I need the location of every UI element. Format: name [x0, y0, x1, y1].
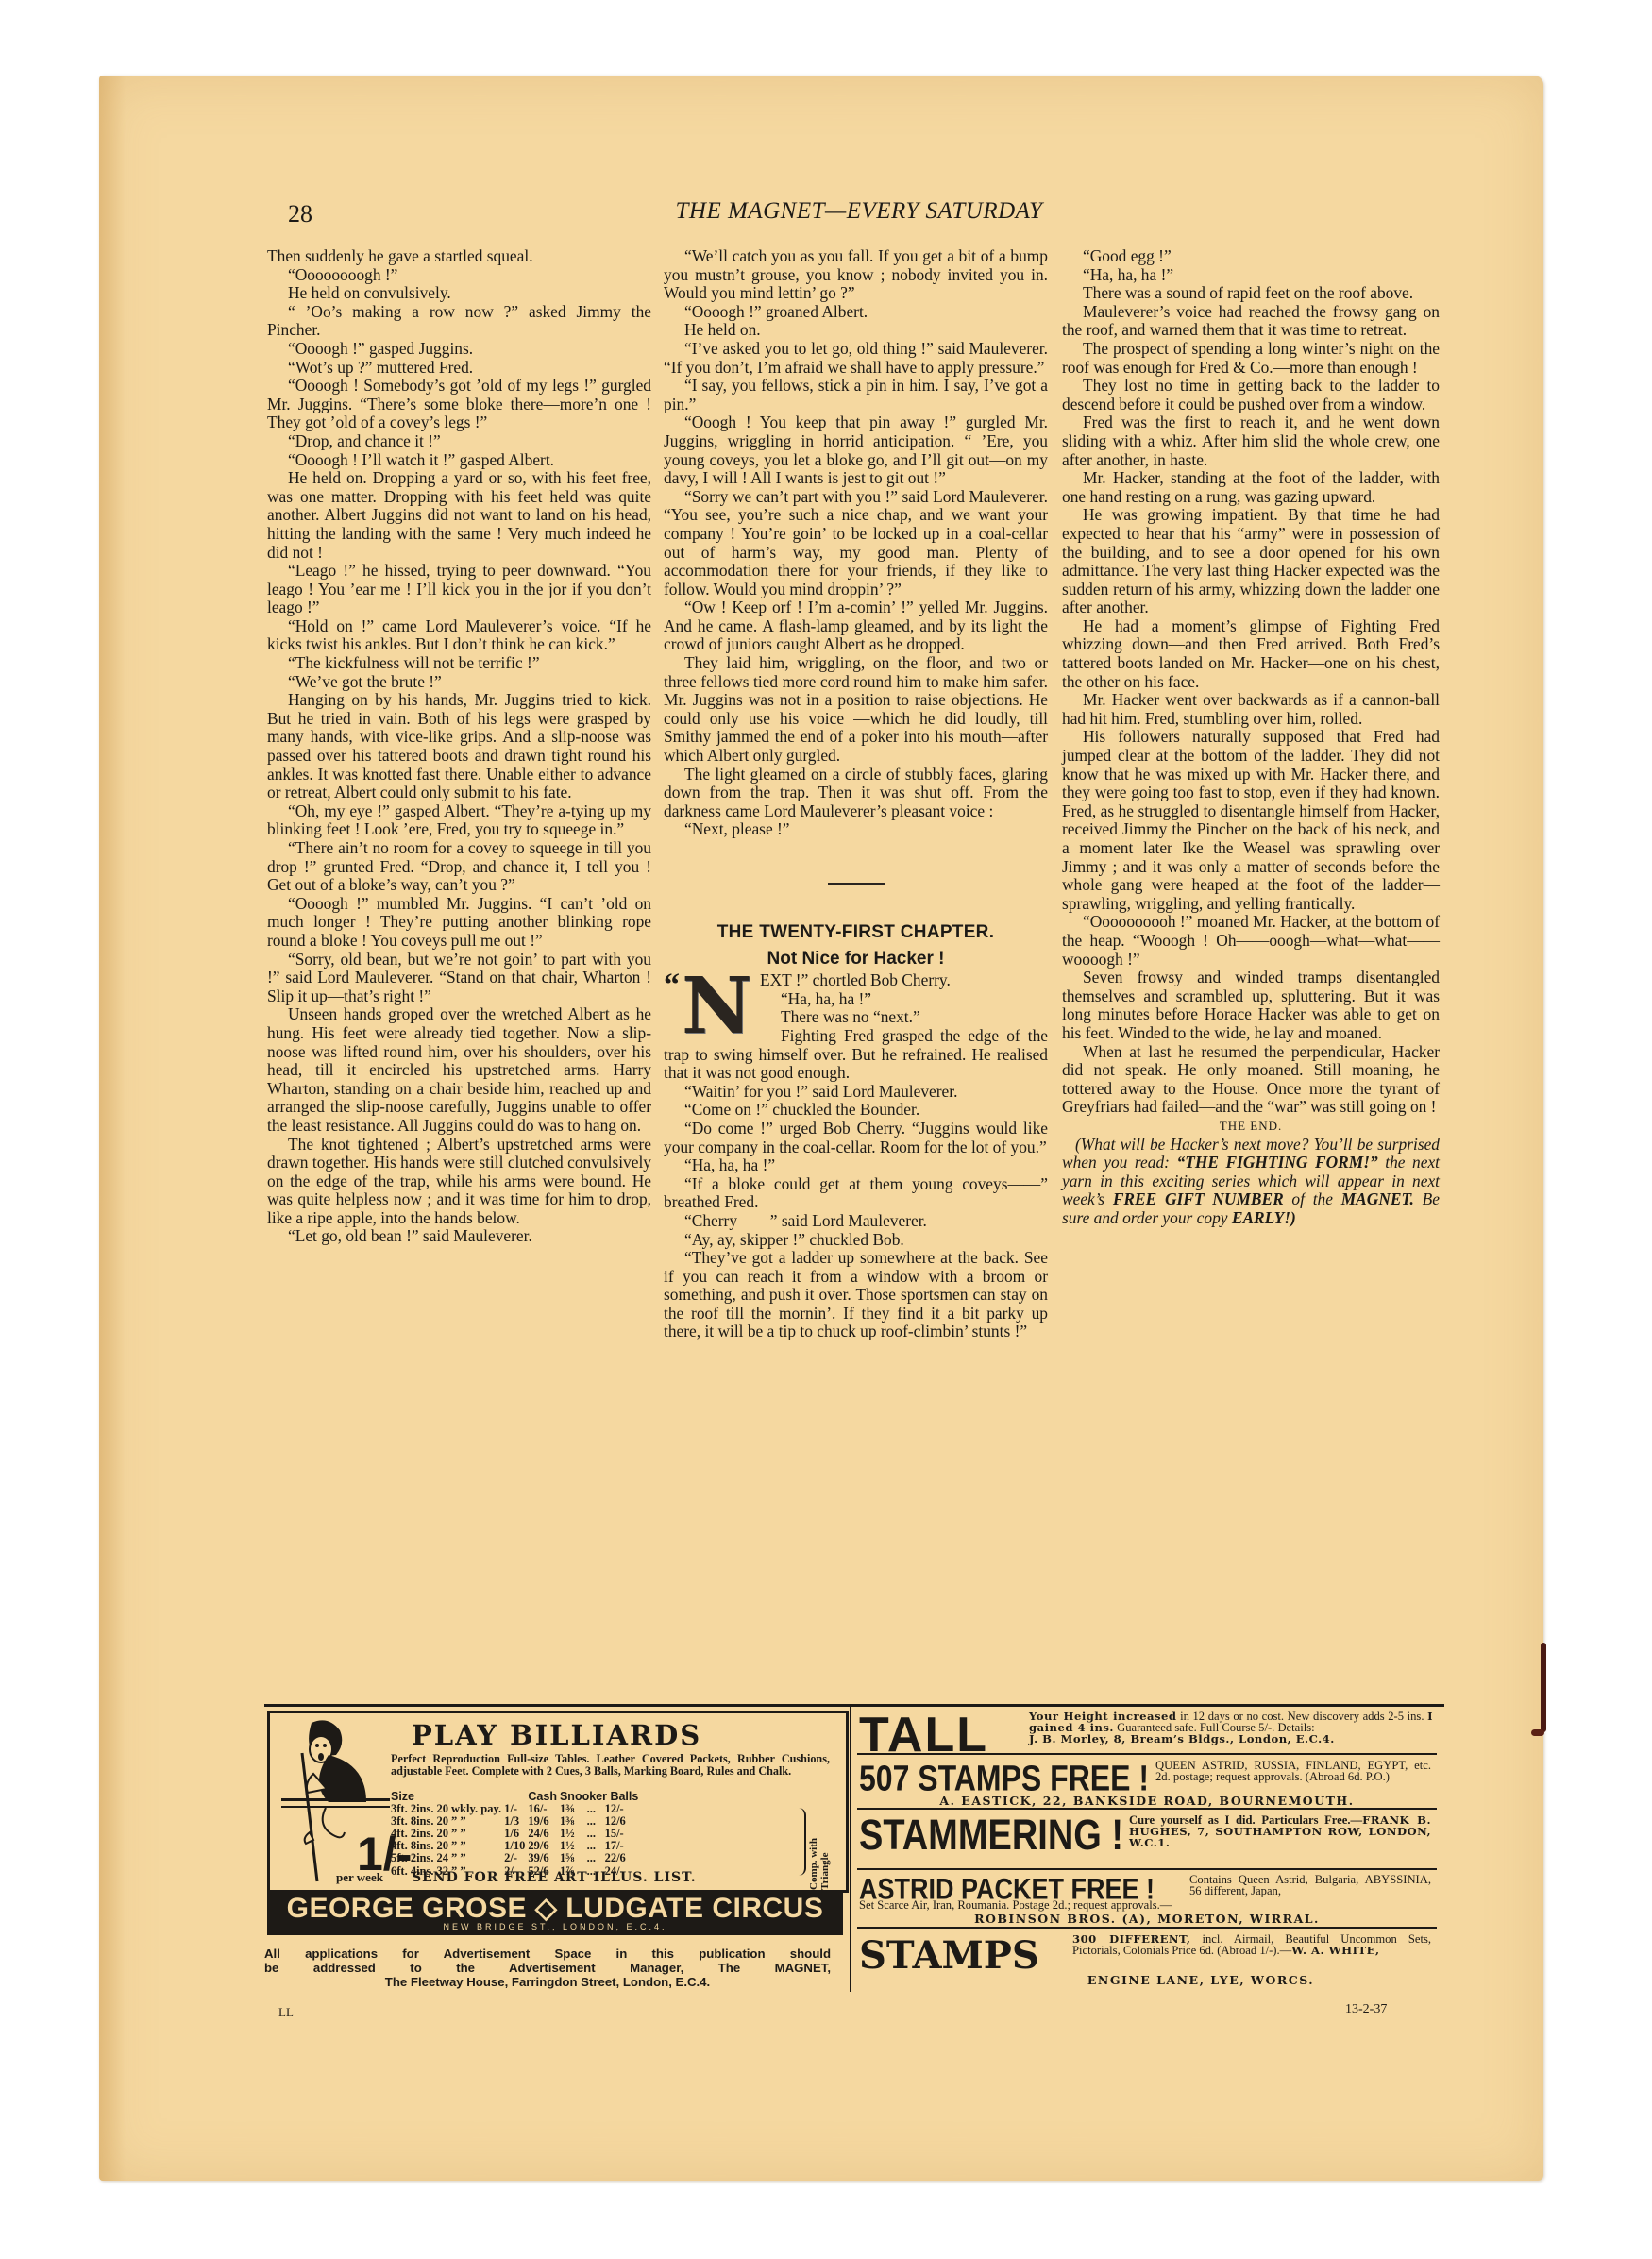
story-paragraph: Fred was the first to reach it, and he w… [1062, 413, 1440, 469]
billiards-ad: 1/- per week PLAY BILLIARDS Perfect Repr… [267, 1711, 849, 1893]
price-cell-snooker: 22/6 [605, 1852, 642, 1864]
story-paragraph: “Sorry we can’t part with you !” said Lo… [664, 488, 1048, 599]
story-paragraph: Seven frowsy and winded tramps disentang… [1062, 969, 1440, 1042]
advertiser-name: GEORGE GROSE ◇ LUDGATE CIRCUS [270, 1893, 840, 1925]
story-paragraph: “Oooooooooh !” moaned Mr. Hacker, at the… [1062, 913, 1440, 969]
stamps-507-body: QUEEN ASTRID, RUSSIA, FINLAND, EGYPT, et… [1155, 1760, 1431, 1782]
story-paragraph: He held on convulsively. [267, 284, 651, 303]
leader-dots: ... [587, 1852, 605, 1864]
story-paragraph: “Oooogh ! Somebody’s got ’old of my legs… [267, 377, 651, 432]
complete-with-triangle: Comp. with Triangle [808, 1804, 831, 1890]
story-column-middle: “We’ll catch you as you fall. If you get… [664, 247, 1048, 1341]
stammering-body: Cure yourself as I did. Particulars Free… [1129, 1814, 1431, 1849]
notice-line: All applications for Advertisement Space… [264, 1947, 831, 1961]
teaser-early: EARLY!) [1232, 1208, 1296, 1227]
story-paragraph: “Oooogh !” gasped Juggins. [267, 340, 651, 359]
dropcap-quote: “ [664, 971, 680, 1000]
story-paragraph: “Do come !” urged Bob Cherry. “Juggins w… [664, 1120, 1048, 1156]
stamps-300-address: ENGINE LANE, LYE, WORCS. [965, 1973, 1437, 1987]
story-paragraph: When at last he resumed the perpendicula… [1062, 1043, 1440, 1117]
stammering-headline: STAMMERING ! [859, 1814, 1123, 1858]
the-end: THE END. [1062, 1117, 1440, 1136]
ads-top-rule [264, 1704, 1444, 1707]
staple [1541, 1643, 1546, 1732]
story-paragraph: “Ow ! Keep orf ! I’m a-comin’ !” yelled … [664, 598, 1048, 654]
right-paragraphs: “Good egg !”“Ha, ha, ha !”There was a so… [1062, 247, 1440, 1117]
billiards-description: Perfect Reproduction Full-size Tables. L… [391, 1753, 830, 1778]
astrid-packet-ad: ASTRID PACKET FREE ! Contains Queen Astr… [857, 1873, 1437, 1926]
tall-body: Your Height increased in 12 days or no c… [1029, 1711, 1433, 1745]
story-paragraph: They lost no time in getting back to the… [1062, 377, 1440, 413]
story-paragraph: “I say, you fellows, stick a pin in him.… [664, 377, 1048, 413]
teaser-next-title: “THE FIGHTING FORM!” [1177, 1153, 1378, 1172]
page-number: 28 [288, 200, 312, 228]
price-cell-deposit: 24 [437, 1852, 452, 1864]
story-paragraph: Hanging on by his hands, Mr. Juggins tri… [267, 691, 651, 802]
story-paragraph: “Oooooooogh !” [267, 266, 651, 285]
stammering-ad: STAMMERING ! Cure yourself as I did. Par… [857, 1812, 1437, 1867]
next-issue-teaser: (What will be Hacker’s next move? You’ll… [1062, 1136, 1440, 1228]
running-head: THE MAGNET—EVERY SATURDAY [661, 198, 1057, 225]
stamps-300-body: 300 DIFFERENT, incl. Airmail, Beautiful … [1072, 1933, 1431, 1956]
story-paragraph: “Leago !” he hissed, trying to peer down… [267, 562, 651, 617]
story-paragraph: Mauleverer’s voice had reached the frows… [1062, 303, 1440, 340]
ad-divider [857, 1927, 1437, 1929]
story-paragraph: He had a moment’s glimpse of Fighting Fr… [1062, 617, 1440, 691]
story-paragraph: “Good egg !” [1062, 247, 1440, 266]
story-paragraph: The prospect of spending a long winter’s… [1062, 340, 1440, 377]
story-paragraph: He held on. [664, 321, 1048, 340]
story-paragraph: The light gleamed on a circle of stubbly… [664, 766, 1048, 821]
story-paragraph: They laid him, wriggling, on the floor, … [664, 654, 1048, 766]
story-paragraph: The knot tightened ; Albert’s upstretche… [267, 1136, 651, 1228]
ads-column-divider [850, 1707, 851, 1992]
story-column-left: Then suddenly he gave a startled squeal.… [267, 247, 651, 1246]
advertiser-address: NEW BRIDGE ST., LONDON, E.C.4. [270, 1922, 840, 1931]
astrid-body2: Set Scarce Air, Iran, Roumania. Postage … [859, 1899, 1431, 1911]
astrid-body1: Contains Queen Astrid, Bulgaria, ABYSSIN… [1189, 1874, 1431, 1897]
tall-address: J. B. Morley, 8, Bream’s Bldgs., London,… [1029, 1732, 1335, 1745]
story-paragraph: Mr. Hacker, standing at the foot of the … [1062, 469, 1440, 506]
story-paragraph: “Let go, old bean !” said Mauleverer. [267, 1227, 651, 1246]
story-paragraph: His followers naturally supposed that Fr… [1062, 728, 1440, 913]
story-paragraph: Unseen hands groped over the wretched Al… [267, 1005, 651, 1135]
story-paragraph: “ ’Oo’s making a row now ?” asked Jimmy … [267, 303, 651, 340]
story-paragraph: “Ha, ha, ha !” [1062, 266, 1440, 285]
billiards-price-table: SizeCashSnooker Balls 3ft. 2ins.20wkly. … [391, 1791, 641, 1878]
ad-divider [857, 1753, 1437, 1755]
issue-date-code: 13-2-37 [1345, 2002, 1387, 2017]
notice-line: The Fleetway House, Farringdon Street, L… [264, 1975, 831, 1989]
section-divider [828, 883, 885, 885]
story-paragraph: There was a sound of rapid feet on the r… [1062, 284, 1440, 303]
tall-ad: TALL Your Height increased in 12 days or… [857, 1709, 1437, 1752]
printer-mark: LL [278, 2005, 294, 2020]
teaser-magnet: MAGNET. [1341, 1189, 1414, 1208]
story-paragraph: “We’ll catch you as you fall. If you get… [664, 247, 1048, 303]
notice-line: be addressed to the Advertisement Manage… [264, 1961, 831, 1975]
ad-divider [857, 1868, 1437, 1870]
stamps-300-ad: STAMPS 300 DIFFERENT, incl. Airmail, Bea… [857, 1931, 1437, 1990]
stamps-300-headline: STAMPS [859, 1937, 1039, 1975]
price-cell-ball_size: 1⅝ [560, 1852, 587, 1864]
price-cell-weekly: 2/- [504, 1852, 528, 1864]
teaser-text: of the [1284, 1189, 1341, 1208]
story-paragraph: “Wot’s up ?” muttered Fred. [267, 359, 651, 378]
story-paragraph: “There ain’t no room for a covey to sque… [267, 839, 651, 895]
price-cell-cash: 39/6 [528, 1852, 560, 1864]
story-paragraph: “Drop, and chance it !” [267, 432, 651, 451]
story-paragraph: “I’ve asked you to let go, old thing !” … [664, 340, 1048, 377]
dropcap-letter: N [682, 975, 752, 1037]
stamps-300-name: W. A. WHITE, [1291, 1944, 1379, 1957]
astrid-address: ROBINSON BROS. (A), MORETON, WIRRAL. [857, 1912, 1437, 1926]
ad-divider [857, 1808, 1437, 1810]
story-paragraph: “Hold on !” came Lord Mauleverer’s voice… [267, 617, 651, 654]
stamps-507-ad: 507 STAMPS FREE ! QUEEN ASTRID, RUSSIA, … [857, 1758, 1437, 1807]
story-paragraph: “The kickfulness will not be terrific !” [267, 654, 651, 673]
story-paragraph: “They’ve got a ladder up somewhere at th… [664, 1249, 1048, 1341]
advertisement-notice: All applications for Advertisement Space… [264, 1947, 831, 1989]
story-paragraph: “Oh, my eye !” gasped Albert. “They’re a… [267, 802, 651, 839]
price-cell-terms: ” ” [451, 1852, 504, 1864]
story-paragraph: “Come on !” chuckled the Bounder. [664, 1101, 1048, 1120]
story-paragraph: “Oooogh ! I’ll watch it !” gasped Albert… [267, 451, 651, 470]
story-paragraph: “We’ve got the brute !” [267, 673, 651, 692]
story-paragraph: “Cherry——” said Lord Mauleverer. [664, 1212, 1048, 1231]
bracket-icon [799, 1808, 806, 1876]
chapter-title: THE TWENTY-FIRST CHAPTER. [664, 923, 1048, 942]
story-paragraph: “Ha, ha, ha !” [664, 1156, 1048, 1175]
price-cell-size: 5ft. 2ins. [391, 1852, 437, 1864]
stamps-507-address: A. EASTICK, 22, BANKSIDE ROAD, BOURNEMOU… [857, 1794, 1437, 1808]
teaser-free-gift: FREE GIFT NUMBER [1113, 1189, 1284, 1208]
story-paragraph: He held on. Dropping a yard or so, with … [267, 469, 651, 562]
story-paragraph: Mr. Hacker went over backwards as if a c… [1062, 691, 1440, 728]
story-paragraph: “If a bloke could get at them young cove… [664, 1175, 1048, 1212]
per-week-label: per week [336, 1870, 383, 1885]
story-paragraph: “Ooogh ! You keep that pin away !” gurgl… [664, 413, 1048, 487]
story-paragraph: “Waitin’ for you !” said Lord Mauleverer… [664, 1083, 1048, 1102]
story-paragraph: “Oooogh !” groaned Albert. [664, 303, 1048, 322]
story-paragraph: Then suddenly he gave a startled squeal. [267, 247, 651, 266]
billiards-title: PLAY BILLIARDS [412, 1719, 701, 1751]
story-paragraph: “Sorry, old bean, but we’re not goin’ to… [267, 951, 651, 1006]
story-paragraph: “Next, please !” [664, 820, 1048, 839]
story-column-right: “Good egg !”“Ha, ha, ha !”There was a so… [1062, 247, 1440, 1227]
middle-paragraphs-before: “We’ll catch you as you fall. If you get… [664, 247, 1048, 839]
story-paragraph: “Ay, ay, skipper !” chuckled Bob. [664, 1231, 1048, 1250]
send-for-list: SEND FOR FREE ART ILLUS. LIST. [412, 1870, 697, 1885]
story-paragraph: “Oooogh !” mumbled Mr. Juggins. “I can’t… [267, 895, 651, 951]
story-paragraph: He was growing impatient. By that time h… [1062, 506, 1440, 617]
chapter-opening: “ N EXT !” chortled Bob Cherry. “Ha, ha,… [664, 971, 1048, 1341]
george-grose-banner: GEORGE GROSE ◇ LUDGATE CIRCUS NEW BRIDGE… [267, 1890, 843, 1935]
price-table-body: 3ft. 2ins.20wkly. pay.1/-16/-1⅜...12/-3f… [391, 1803, 641, 1878]
price-row: 5ft. 2ins.24” ”2/-39/61⅝...22/6 [391, 1852, 641, 1864]
stamps-507-headline: 507 STAMPS FREE ! [859, 1760, 1149, 1795]
